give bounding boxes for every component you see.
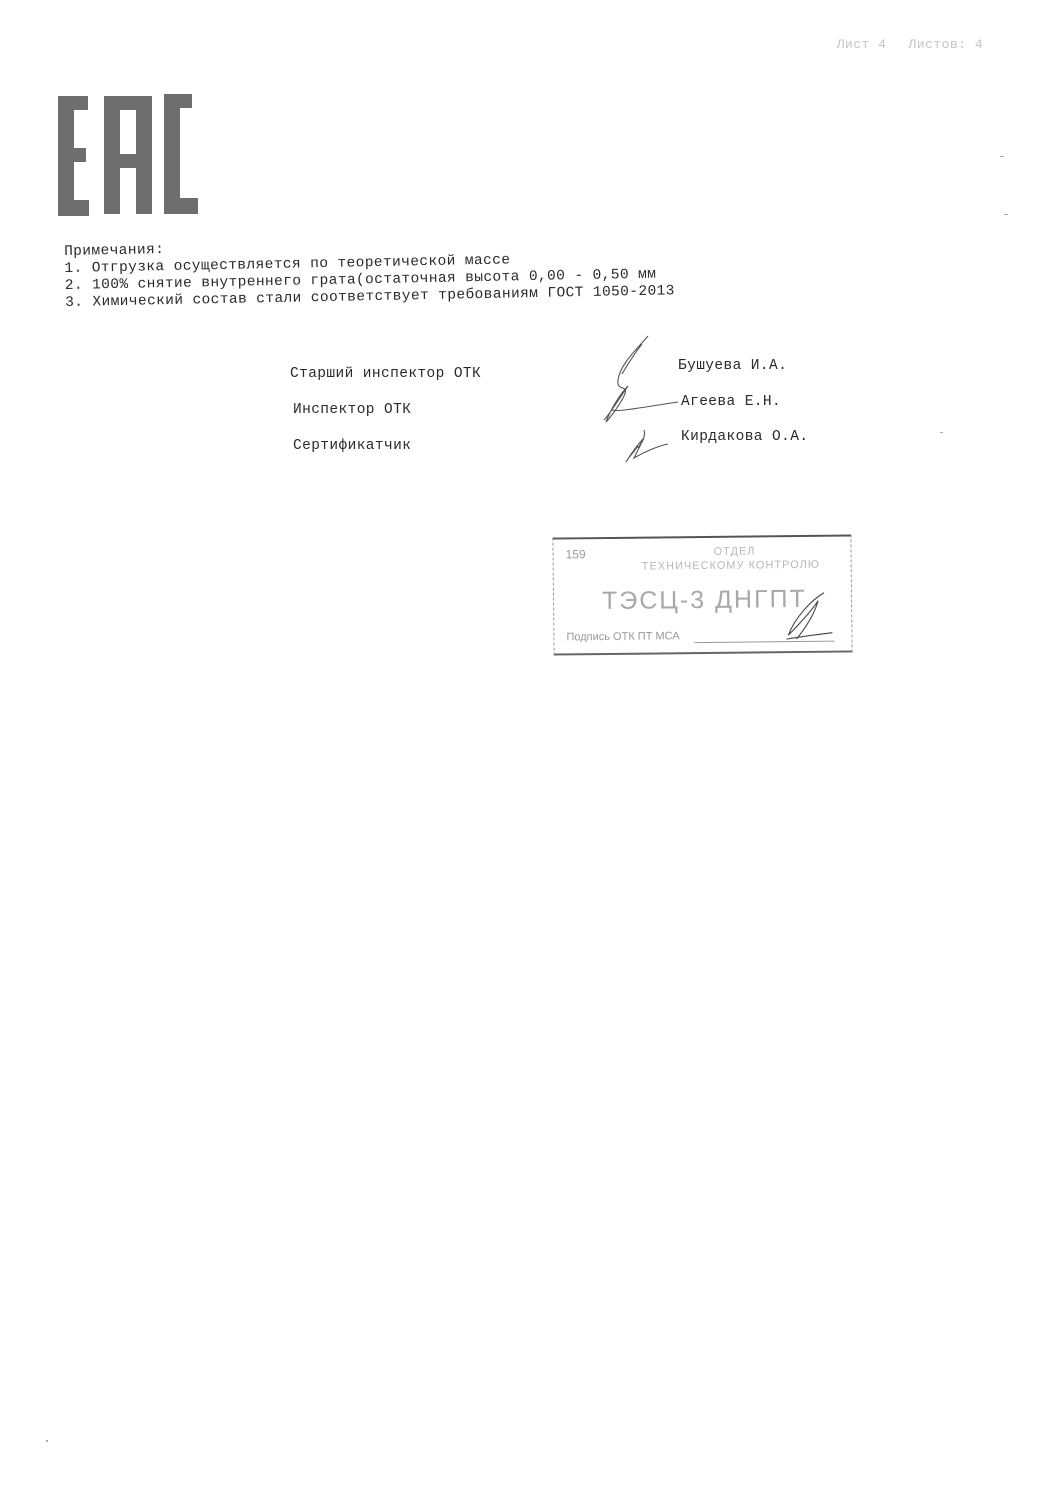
- stamp-department-line1: ОТДЕЛ: [713, 545, 755, 557]
- stamp-signature-label: Подпись ОТК ПТ МСА: [566, 630, 679, 643]
- name-bushueva: Бушуева И.А.: [678, 358, 787, 374]
- scan-speck: [1004, 214, 1008, 215]
- page-number-header: Лист 4Листов: 4: [820, 22, 1005, 52]
- stamp-number: 159: [565, 547, 585, 561]
- stamp-department-line2: ТЕХНИЧЕСКОМУ КОНТРОЛЮ: [642, 559, 820, 573]
- position-senior-inspector: Старший инспектор ОТК: [290, 366, 481, 382]
- sheet-number: Лист 4: [837, 37, 887, 52]
- notes-section: Примечания: 1. Отгрузка осуществляется п…: [64, 232, 675, 312]
- name-ageeva: Агеева Е.Н.: [681, 394, 781, 410]
- scan-speck: [46, 1440, 48, 1442]
- name-kirdakova: Кирдакова О.А.: [681, 429, 808, 445]
- scan-speck: [940, 432, 943, 433]
- scan-speck: [1000, 156, 1004, 157]
- stamp-signature-icon: [776, 587, 837, 648]
- otk-stamp: 159 ОТДЕЛ ТЕХНИЧЕСКОМУ КОНТРОЛЮ ТЭСЦ-3 Д…: [552, 534, 852, 655]
- sheets-total: Листов: 4: [908, 37, 983, 52]
- position-inspector: Инспектор ОТК: [293, 402, 411, 418]
- handwritten-signatures-icon: [598, 334, 688, 469]
- eac-logo-icon: [58, 94, 198, 216]
- position-certifier: Сертификатчик: [293, 438, 411, 454]
